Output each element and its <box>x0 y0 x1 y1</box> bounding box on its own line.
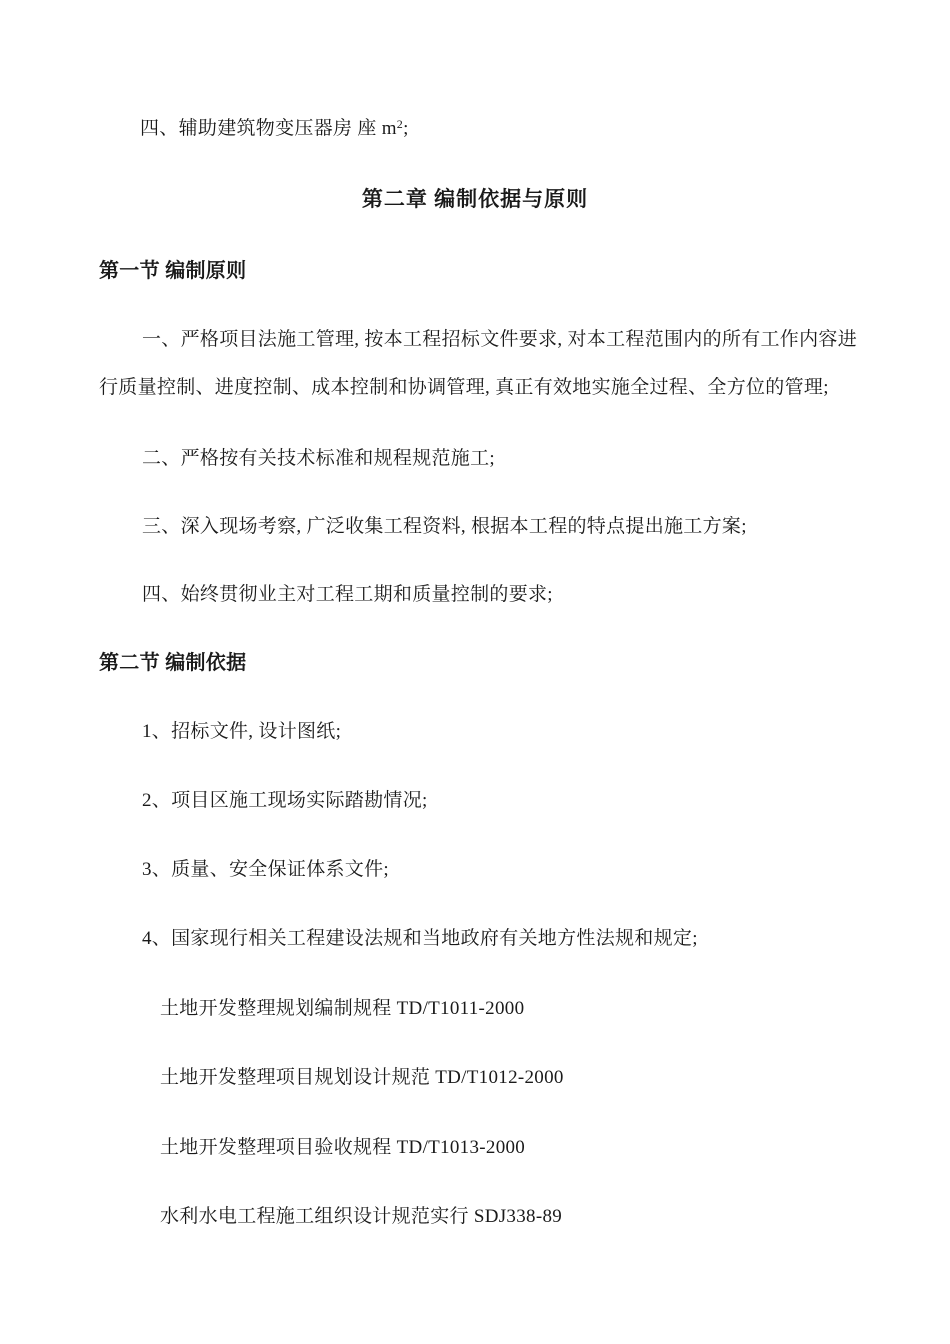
section2-item4: 4、国家现行相关工程建设法规和当地政府有关地方性法规和规定; <box>142 926 698 952</box>
standard-reference-2: 土地开发整理项目规划设计规范 TD/T1012-2000 <box>160 1065 564 1091</box>
section1-paragraph2: 二、严格按有关技术标准和规程规范施工; <box>142 446 495 472</box>
section2-heading: 第二节 编制依据 <box>99 650 246 676</box>
chapter-heading: 第二章 编制依据与原则 <box>0 186 950 212</box>
section2-item3: 3、质量、安全保证体系文件; <box>142 857 389 883</box>
section1-paragraph1-line1: 一、严格项目法施工管理, 按本工程招标文件要求, 对本工程范围内的所有工作内容进 <box>142 327 857 353</box>
standard-reference-3: 土地开发整理项目验收规程 TD/T1013-2000 <box>160 1135 525 1161</box>
section1-paragraph4: 四、始终贯彻业主对工程工期和质量控制的要求; <box>142 582 553 608</box>
document-page: 四、辅助建筑物变压器房 座 m2; 第二章 编制依据与原则 第一节 编制原则 一… <box>0 0 950 1344</box>
section2-item1: 1、招标文件, 设计图纸; <box>142 719 341 745</box>
standard-reference-4: 水利水电工程施工组织设计规范实行 SDJ338-89 <box>160 1204 562 1230</box>
standard-reference-1: 土地开发整理规划编制规程 TD/T1011-2000 <box>160 996 524 1022</box>
intro-line: 四、辅助建筑物变压器房 座 m2; <box>140 116 409 142</box>
section1-paragraph1-line2: 行质量控制、进度控制、成本控制和协调管理, 真正有效地实施全过程、全方位的管理; <box>99 375 829 401</box>
section1-paragraph3: 三、深入现场考察, 广泛收集工程资料, 根据本工程的特点提出施工方案; <box>142 514 747 540</box>
intro-line-text: 四、辅助建筑物变压器房 座 m <box>140 118 397 139</box>
section1-heading: 第一节 编制原则 <box>99 258 246 284</box>
intro-line-punct: ; <box>403 118 409 139</box>
section2-item2: 2、项目区施工现场实际踏勘情况; <box>142 788 428 814</box>
